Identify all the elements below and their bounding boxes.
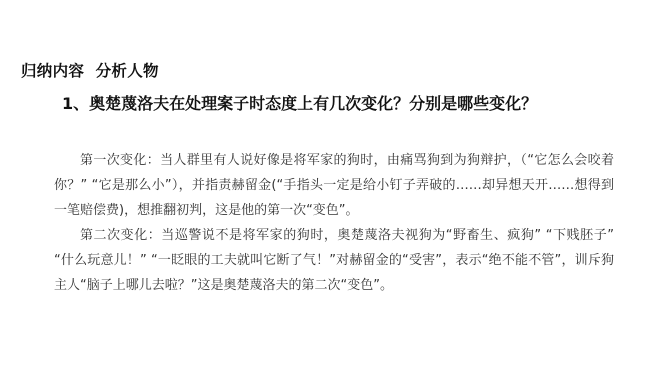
- answer-body: 第一次变化：当人群里有人说好像是将军家的狗时，由痛骂狗到为狗辩护，（“它怎么会咬…: [54, 148, 614, 298]
- section-heading: 归纳内容 分析人物: [21, 59, 159, 81]
- paragraph-first-change: 第一次变化：当人群里有人说好像是将军家的狗时，由痛骂狗到为狗辩护，（“它怎么会咬…: [54, 148, 614, 223]
- question-title: 1、奥楚蔑洛夫在处理案子时态度上有几次变化？分别是哪些变化？: [62, 91, 537, 114]
- paragraph-second-change: 第二次变化：当巡警说不是将军家的狗时，奥楚蔑洛夫视狗为“野畜生、疯狗” “下贱胚…: [54, 223, 614, 298]
